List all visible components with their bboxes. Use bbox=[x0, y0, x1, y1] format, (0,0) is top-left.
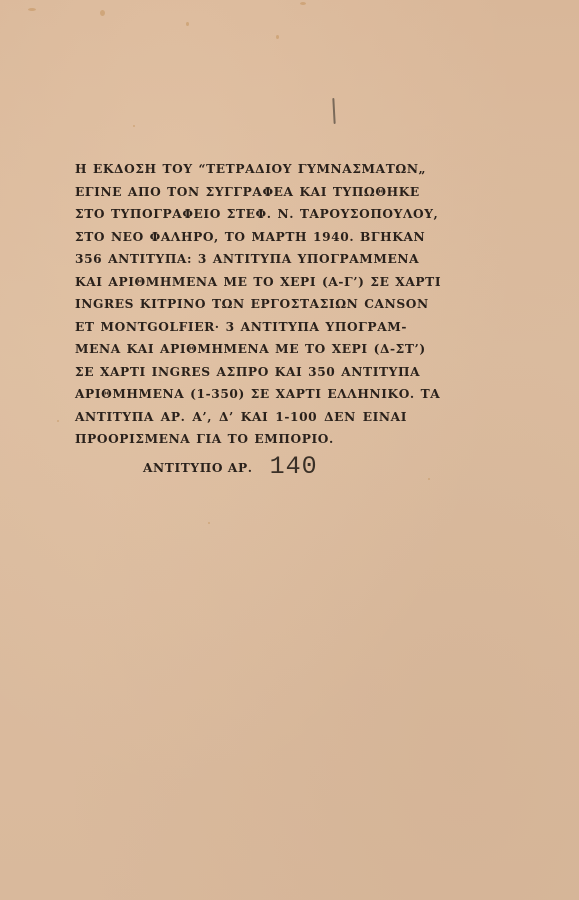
foxing-spot bbox=[428, 478, 430, 480]
foxing-spot bbox=[133, 125, 135, 127]
colophon-line: ΣΤΟ ΝΕΟ ΦΑΛΗΡΟ, ΤΟ ΜΑΡΤΗ 1940. ΒΓΗΚΑΝ bbox=[75, 226, 407, 249]
foxing-spot bbox=[208, 522, 210, 524]
copy-number-value: 140 bbox=[270, 452, 318, 481]
colophon-line: ΣΤΟ ΤΥΠΟΓΡΑΦΕΙΟ ΣΤΕΦ. Ν. ΤΑΡΟΥΣΟΠΟΥΛΟΥ, bbox=[75, 203, 407, 226]
colophon-line: ΠΡΟΟΡΙΣΜΕΝΑ ΓΙΑ ΤΟ ΕΜΠΟΡΙΟ. bbox=[75, 428, 407, 451]
copy-number: ΑΝΤΙΤΥΠΟ ΑΡ. 140 bbox=[143, 452, 318, 481]
colophon-line: ΜΕΝΑ ΚΑΙ ΑΡΙΘΜΗΜΕΝΑ ΜΕ ΤΟ ΧΕΡΙ (Δ-ΣΤ’) bbox=[75, 338, 407, 361]
foxing-spot bbox=[300, 2, 306, 5]
colophon-line: ΕΓΙΝΕ ΑΠΟ ΤΟΝ ΣΥΓΓΡΑΦΕΑ ΚΑΙ ΤΥΠΩΘΗΚΕ bbox=[75, 181, 407, 204]
paper-page: Η ΕΚΔΟΣΗ ΤΟΥ “ΤΕΤΡΑΔΙΟΥ ΓΥΜΝΑΣΜΑΤΩΝ„ ΕΓΙ… bbox=[0, 0, 579, 900]
foxing-spot bbox=[276, 35, 279, 39]
colophon-line: ΑΡΙΘΜΗΜΕΝΑ (1-350) ΣΕ ΧΑΡΤΙ ΕΛΛΗΝΙΚΟ. ΤΑ bbox=[75, 383, 407, 406]
colophon-line: ET MONTGOLFIER· 3 ΑΝΤΙΤΥΠΑ ΥΠΟΓΡΑΜ- bbox=[75, 316, 407, 339]
pen-mark bbox=[332, 98, 335, 124]
colophon-line: INGRES ΚΙΤΡΙΝΟ ΤΩΝ ΕΡΓΟΣΤΑΣΙΩΝ CANSON bbox=[75, 293, 407, 316]
colophon-line: 356 ΑΝΤΙΤΥΠΑ: 3 ΑΝΤΙΤΥΠΑ ΥΠΟΓΡΑΜΜΕΝΑ bbox=[75, 248, 407, 271]
colophon-text: Η ΕΚΔΟΣΗ ΤΟΥ “ΤΕΤΡΑΔΙΟΥ ΓΥΜΝΑΣΜΑΤΩΝ„ ΕΓΙ… bbox=[75, 158, 407, 451]
copy-number-label: ΑΝΤΙΤΥΠΟ ΑΡ. bbox=[143, 461, 253, 475]
colophon-line: ΣΕ ΧΑΡΤΙ INGRES ΑΣΠΡΟ ΚΑΙ 350 ΑΝΤΙΤΥΠΑ bbox=[75, 361, 407, 384]
foxing-spot bbox=[57, 420, 59, 422]
foxing-spot bbox=[100, 10, 105, 16]
colophon-line: ΚΑΙ ΑΡΙΘΜΗΜΕΝΑ ΜΕ ΤΟ ΧΕΡΙ (Α-Γ’) ΣΕ ΧΑΡΤ… bbox=[75, 271, 407, 294]
colophon-line: ΑΝΤΙΤΥΠΑ ΑΡ. Α’, Δ’ ΚΑΙ 1-100 ΔΕΝ ΕΙΝΑΙ bbox=[75, 406, 407, 429]
colophon-line: Η ΕΚΔΟΣΗ ΤΟΥ “ΤΕΤΡΑΔΙΟΥ ΓΥΜΝΑΣΜΑΤΩΝ„ bbox=[75, 158, 407, 181]
foxing-spot bbox=[186, 22, 189, 26]
foxing-spot bbox=[28, 8, 36, 11]
